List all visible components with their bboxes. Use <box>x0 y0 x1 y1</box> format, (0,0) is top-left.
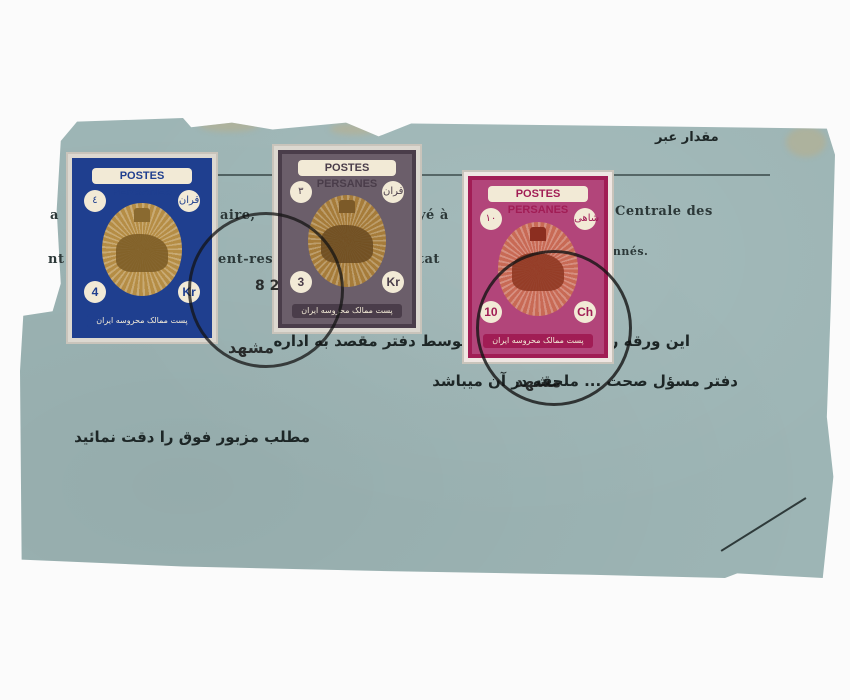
stamp-header: POSTES PERSANES <box>92 168 192 184</box>
persian-unit-icon: شاهی <box>574 208 596 230</box>
french-text: nt <box>48 252 64 267</box>
persian-text-line: مطلب مزبور فوق را دقت نمائید <box>74 428 310 446</box>
paper-stain <box>786 127 826 157</box>
header-persian-label: مقدار عبر <box>655 130 719 145</box>
persian-unit-icon: قران <box>178 190 200 212</box>
stamp-value: 4 <box>84 281 106 303</box>
persian-numeral-icon: ١٠ <box>480 208 502 230</box>
postmark-date: 8 2 <box>255 278 279 294</box>
paper-stain <box>199 118 259 132</box>
crown-icon <box>339 200 355 214</box>
crown-icon <box>134 208 150 222</box>
stamp-footer: پست ممالک محروسه ایران <box>87 314 198 328</box>
paper-stain <box>330 123 380 135</box>
persian-numeral-icon: ٣ <box>290 181 312 203</box>
postmark-city: مشهد <box>228 338 274 357</box>
stamp-header: POSTES PERSANES <box>488 186 588 202</box>
postmark-city: مشهد <box>515 372 561 391</box>
stamp-header: POSTES PERSANES <box>298 160 397 176</box>
lion-icon <box>116 234 169 272</box>
french-text: a <box>50 208 59 223</box>
paper-crease <box>720 497 806 551</box>
crown-icon <box>530 227 546 241</box>
persian-numeral-icon: ٤ <box>84 190 106 212</box>
stamp-unit: Kr <box>382 271 404 293</box>
french-text: yé à <box>418 208 449 223</box>
persian-unit-icon: قران <box>382 181 404 203</box>
french-text: Centrale des <box>615 204 713 219</box>
